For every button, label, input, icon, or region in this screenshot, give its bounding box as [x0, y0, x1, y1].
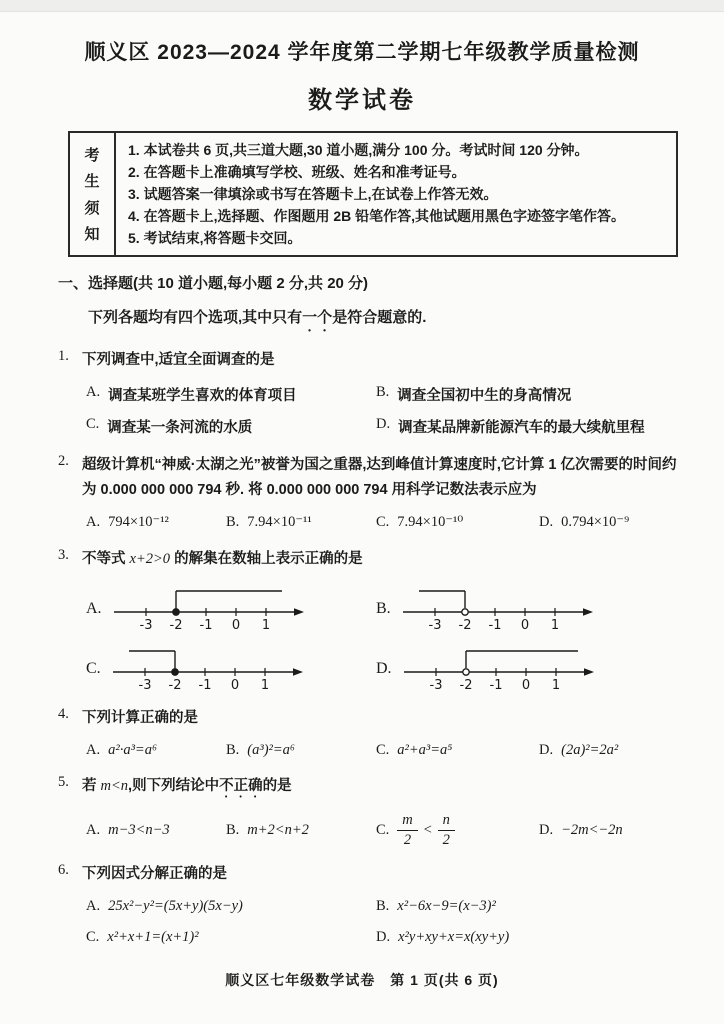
fraction-expression: m 2 < n 2: [397, 812, 455, 848]
fraction-denominator: 2: [404, 831, 411, 849]
question-6-options-row: A. 25x²−y²=(5x+y)(5x−y) B. x²−6x−9=(x−3)…: [86, 898, 724, 915]
option-text: (2a)²=2a²: [561, 742, 618, 759]
option-label: D.: [539, 742, 553, 759]
tick-label: -2: [168, 678, 181, 692]
question-6: 6. 下列因式分解正确的是: [58, 862, 684, 887]
notice-label-char: 考: [84, 144, 99, 165]
question-number: 5.: [58, 774, 82, 801]
notice-item: 4. 在答题卡上,选择题、作图题用 2B 铅笔作答,其他试题用黑色字迹签字笔作答…: [128, 205, 666, 227]
question-stem: 超级计算机“神威·太湖之光”被誉为国之重器,达到峰值计算速度时,它计算 1 亿次…: [82, 453, 684, 503]
number-line-closed-left: -3 -2 -1 0 1: [109, 638, 314, 692]
option-text: 0.794×10⁻⁹: [561, 514, 629, 531]
question-3-numberlines-row: A. -3 -2 -1 0 1: [86, 578, 724, 632]
tick-label: -3: [138, 678, 151, 692]
notice-item: 2. 在答题卡上准确填写学校、班级、姓名和准考证号。: [128, 161, 666, 183]
instruction-emphasized: 一个: [302, 309, 332, 326]
endpoint-circle: [171, 669, 177, 675]
option-text: x²+x+1=(x+1)²: [107, 929, 198, 946]
tick-label: 0: [231, 618, 239, 632]
tick-label: -3: [428, 618, 441, 632]
option-4B: B. (a³)²=a⁶: [226, 742, 376, 759]
notice-vertical-label: 考 生 须 知: [70, 133, 116, 255]
option-3C: C. -3 -2 -1 0 1: [86, 638, 376, 692]
option-text: −2m<−2n: [561, 822, 623, 839]
number-line-open-left: -3 -2 -1 0 1: [399, 578, 604, 632]
notice-item: 1. 本试卷共 6 页,共三道大题,30 道小题,满分 100 分。考试时间 1…: [128, 139, 666, 161]
number-line-closed-right: -3 -2 -1 0 1: [110, 578, 315, 632]
option-label: C.: [86, 660, 101, 678]
option-label: C.: [376, 822, 389, 839]
option-6C: C. x²+x+1=(x+1)²: [86, 929, 376, 946]
tick-label: -1: [199, 618, 212, 632]
option-text: 7.94×10⁻¹¹: [247, 514, 311, 531]
option-3D: D. -3 -2 -1 0 1: [376, 638, 605, 692]
fraction: n 2: [438, 812, 455, 848]
option-text: m−3<n−3: [108, 822, 170, 839]
question-number: 4.: [58, 706, 82, 731]
axis-arrow: [293, 668, 303, 676]
tick-label: 0: [521, 618, 529, 632]
option-text: a²·a³=a⁶: [108, 742, 157, 759]
scan-artifact: [0, 0, 724, 12]
option-label: C.: [376, 742, 389, 759]
exam-page: 顺义区 2023—2024 学年度第二学期七年级教学质量检测 数学试卷 考 生 …: [0, 0, 724, 1024]
tick-label: -3: [139, 618, 152, 632]
comparison-operator: <: [423, 822, 433, 839]
axis-arrow: [294, 608, 304, 616]
question-stem: 下列调查中,适宜全面调查的是: [82, 348, 684, 373]
option-label: C.: [86, 929, 99, 946]
tick-label: -2: [458, 618, 471, 632]
question-number: 3.: [58, 547, 82, 572]
question-1: 1. 下列调查中,适宜全面调查的是: [58, 348, 684, 373]
option-text: 调查某品牌新能源汽车的最大续航里程: [398, 416, 645, 437]
tick-label: -2: [169, 618, 182, 632]
question-stem: 下列因式分解正确的是: [82, 862, 684, 887]
option-text: 调查某班学生喜欢的体育项目: [108, 384, 297, 405]
option-label: A.: [86, 822, 100, 839]
tick-label: 1: [551, 618, 559, 632]
fraction-numerator: n: [438, 812, 455, 831]
notice-item: 5. 考试结束,将答题卡交回。: [128, 227, 666, 249]
option-label: B.: [376, 898, 389, 915]
option-6A: A. 25x²−y²=(5x+y)(5x−y): [86, 898, 376, 915]
option-label: A.: [86, 742, 100, 759]
tick-label: -3: [429, 678, 442, 692]
option-5A: A. m−3<n−3: [86, 822, 226, 839]
instruction-pre: 下列各题均有四个选项,其中只有: [88, 309, 302, 326]
page-title: 顺义区 2023—2024 学年度第二学期七年级教学质量检测: [0, 36, 724, 66]
tick-label: 1: [261, 678, 269, 692]
endpoint-circle: [462, 669, 468, 675]
endpoint-circle: [172, 609, 178, 615]
option-text: 25x²−y²=(5x+y)(5x−y): [108, 898, 243, 915]
option-1D: D. 调查某品牌新能源汽车的最大续航里程: [376, 416, 645, 437]
option-label: D.: [539, 822, 553, 839]
option-4D: D. (2a)²=2a²: [539, 742, 618, 759]
question-stem: 下列计算正确的是: [82, 706, 684, 731]
option-text: 调查某一条河流的水质: [107, 416, 252, 437]
option-text: 794×10⁻¹²: [108, 514, 169, 531]
axis-arrow: [584, 668, 594, 676]
option-label: A.: [86, 514, 100, 531]
option-5C: C. m 2 < n 2: [376, 812, 539, 848]
question-5: 5. 若 m<n,则下列结论中不正确的是: [58, 774, 684, 801]
stem-text: 不等式: [82, 551, 130, 567]
question-number: 1.: [58, 348, 82, 373]
tick-label: 1: [551, 678, 559, 692]
option-text: 7.94×10⁻¹⁰: [397, 514, 463, 531]
question-1-options-row: C. 调查某一条河流的水质 D. 调查某品牌新能源汽车的最大续航里程: [86, 416, 724, 437]
notice-item: 3. 试题答案一律填涂或书写在答题卡上,在试卷上作答无效。: [128, 183, 666, 205]
tick-label: -1: [488, 618, 501, 632]
option-text: x²−6x−9=(x−3)²: [397, 898, 496, 915]
fraction-denominator: 2: [443, 831, 450, 849]
tick-label: 1: [261, 618, 269, 632]
question-2-options-row: A. 794×10⁻¹² B. 7.94×10⁻¹¹ C. 7.94×10⁻¹⁰…: [86, 514, 724, 531]
option-label: D.: [376, 660, 392, 678]
question-4: 4. 下列计算正确的是: [58, 706, 684, 731]
option-2B: B. 7.94×10⁻¹¹: [226, 514, 376, 531]
tick-label: 0: [521, 678, 529, 692]
notice-label-char: 知: [84, 223, 99, 244]
section-instruction: 下列各题均有四个选项,其中只有一个是符合题意的.: [88, 306, 724, 335]
tick-label: 0: [231, 678, 239, 692]
stem-text: 若: [82, 778, 101, 794]
question-stem: 不等式 x+2>0 的解集在数轴上表示正确的是: [82, 547, 684, 572]
section-heading: 一、选择题(共 10 道小题,每小题 2 分,共 20 分): [58, 272, 724, 293]
question-number: 6.: [58, 862, 82, 887]
option-label: C.: [376, 514, 389, 531]
question-3: 3. 不等式 x+2>0 的解集在数轴上表示正确的是: [58, 547, 684, 572]
page-footer: 顺义区七年级数学试卷 第 1 页(共 6 页): [0, 970, 724, 990]
notice-label-char: 生: [84, 170, 99, 191]
option-6D: D. x²y+xy+x=x(xy+y): [376, 929, 509, 946]
option-label: A.: [86, 600, 102, 618]
question-2: 2. 超级计算机“神威·太湖之光”被誉为国之重器,达到峰值计算速度时,它计算 1…: [58, 453, 684, 503]
option-label: B.: [226, 742, 239, 759]
option-label: A.: [86, 384, 100, 401]
number-line-open-right: -3 -2 -1 0 1: [400, 638, 605, 692]
stem-math: x+2>0: [130, 551, 171, 567]
question-1-options-row: A. 调查某班学生喜欢的体育项目 B. 调查全国初中生的身高情况: [86, 384, 724, 405]
option-2A: A. 794×10⁻¹²: [86, 514, 226, 531]
option-5D: D. −2m<−2n: [539, 822, 623, 839]
option-label: B.: [376, 384, 389, 401]
axis-arrow: [583, 608, 593, 616]
option-2C: C. 7.94×10⁻¹⁰: [376, 514, 539, 531]
option-3A: A. -3 -2 -1 0 1: [86, 578, 376, 632]
notice-label-char: 须: [84, 197, 99, 218]
option-2D: D. 0.794×10⁻⁹: [539, 514, 629, 531]
option-4A: A. a²·a³=a⁶: [86, 742, 226, 759]
fraction: m 2: [397, 812, 417, 848]
option-5B: B. m+2<n+2: [226, 822, 376, 839]
option-label: C.: [86, 416, 99, 433]
question-6-options-row: C. x²+x+1=(x+1)² D. x²y+xy+x=x(xy+y): [86, 929, 724, 946]
instruction-post: 是符合题意的.: [332, 309, 426, 326]
exam-subtitle: 数学试卷: [0, 80, 724, 115]
stem-text: ,则下列结论中: [128, 778, 219, 794]
option-6B: B. x²−6x−9=(x−3)²: [376, 898, 496, 915]
endpoint-circle: [461, 609, 467, 615]
examinee-notice-box: 考 生 须 知 1. 本试卷共 6 页,共三道大题,30 道小题,满分 100 …: [68, 131, 678, 257]
option-label: D.: [376, 416, 390, 433]
option-1B: B. 调查全国初中生的身高情况: [376, 384, 571, 405]
option-label: D.: [539, 514, 553, 531]
tick-label: -1: [489, 678, 502, 692]
option-label: A.: [86, 898, 100, 915]
option-label: B.: [226, 514, 239, 531]
stem-text: 的解集在数轴上表示正确的是: [170, 551, 363, 567]
question-number: 2.: [58, 453, 82, 503]
option-text: 调查全国初中生的身高情况: [397, 384, 571, 405]
option-label: B.: [376, 600, 391, 618]
option-label: D.: [376, 929, 390, 946]
question-5-options-row: A. m−3<n−3 B. m+2<n+2 C. m 2 < n 2 D.: [86, 812, 724, 848]
fraction-numerator: m: [397, 812, 417, 831]
option-text: (a³)²=a⁶: [247, 742, 295, 759]
stem-math: m<n: [101, 778, 129, 794]
option-text: a²+a³=a⁵: [397, 742, 452, 759]
option-3B: B. -3 -2 -1 0 1: [376, 578, 604, 632]
option-label: B.: [226, 822, 239, 839]
option-text: m+2<n+2: [247, 822, 309, 839]
question-4-options-row: A. a²·a³=a⁶ B. (a³)²=a⁶ C. a²+a³=a⁵ D. (…: [86, 742, 724, 759]
notice-items: 1. 本试卷共 6 页,共三道大题,30 道小题,满分 100 分。考试时间 1…: [116, 133, 676, 255]
question-stem: 若 m<n,则下列结论中不正确的是: [82, 774, 684, 801]
option-1C: C. 调查某一条河流的水质: [86, 416, 376, 437]
tick-label: -2: [459, 678, 472, 692]
stem-text: 的是: [263, 778, 292, 794]
option-4C: C. a²+a³=a⁵: [376, 742, 539, 759]
question-3-numberlines-row: C. -3 -2 -1 0 1: [86, 638, 724, 692]
option-text: x²y+xy+x=x(xy+y): [398, 929, 509, 946]
option-1A: A. 调查某班学生喜欢的体育项目: [86, 384, 376, 405]
tick-label: -1: [198, 678, 211, 692]
stem-emphasized: 不正确: [219, 778, 263, 794]
